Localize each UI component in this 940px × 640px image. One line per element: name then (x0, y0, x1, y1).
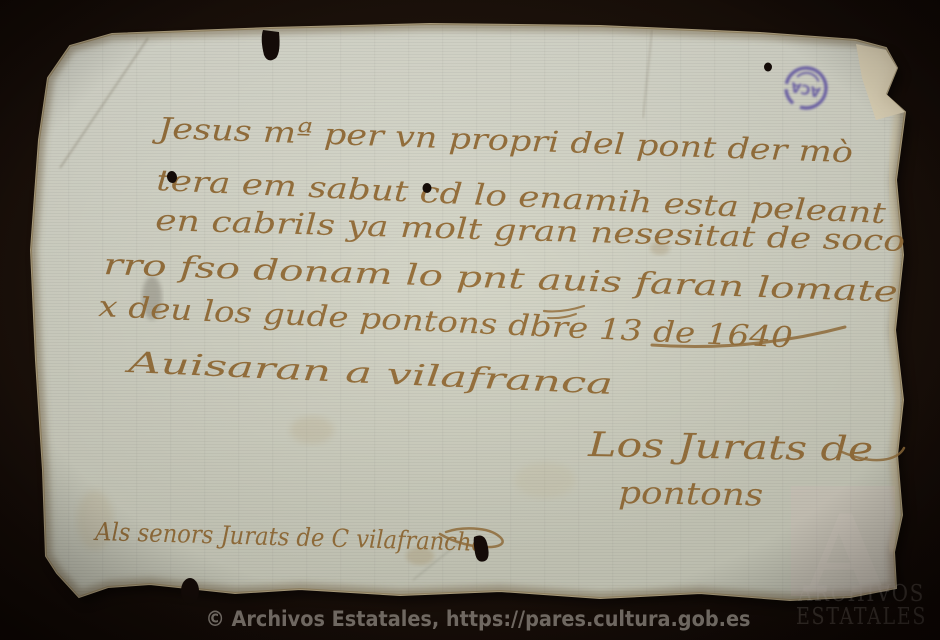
document-photo: Jesus mª per vn propri del pont der mò t… (0, 0, 940, 640)
photo-vignette (0, 0, 940, 640)
footer-watermark: © Archivos Estatales, https://pares.cult… (206, 607, 751, 631)
letter-scan: Jesus mª per vn propri del pont der mò t… (0, 0, 940, 640)
